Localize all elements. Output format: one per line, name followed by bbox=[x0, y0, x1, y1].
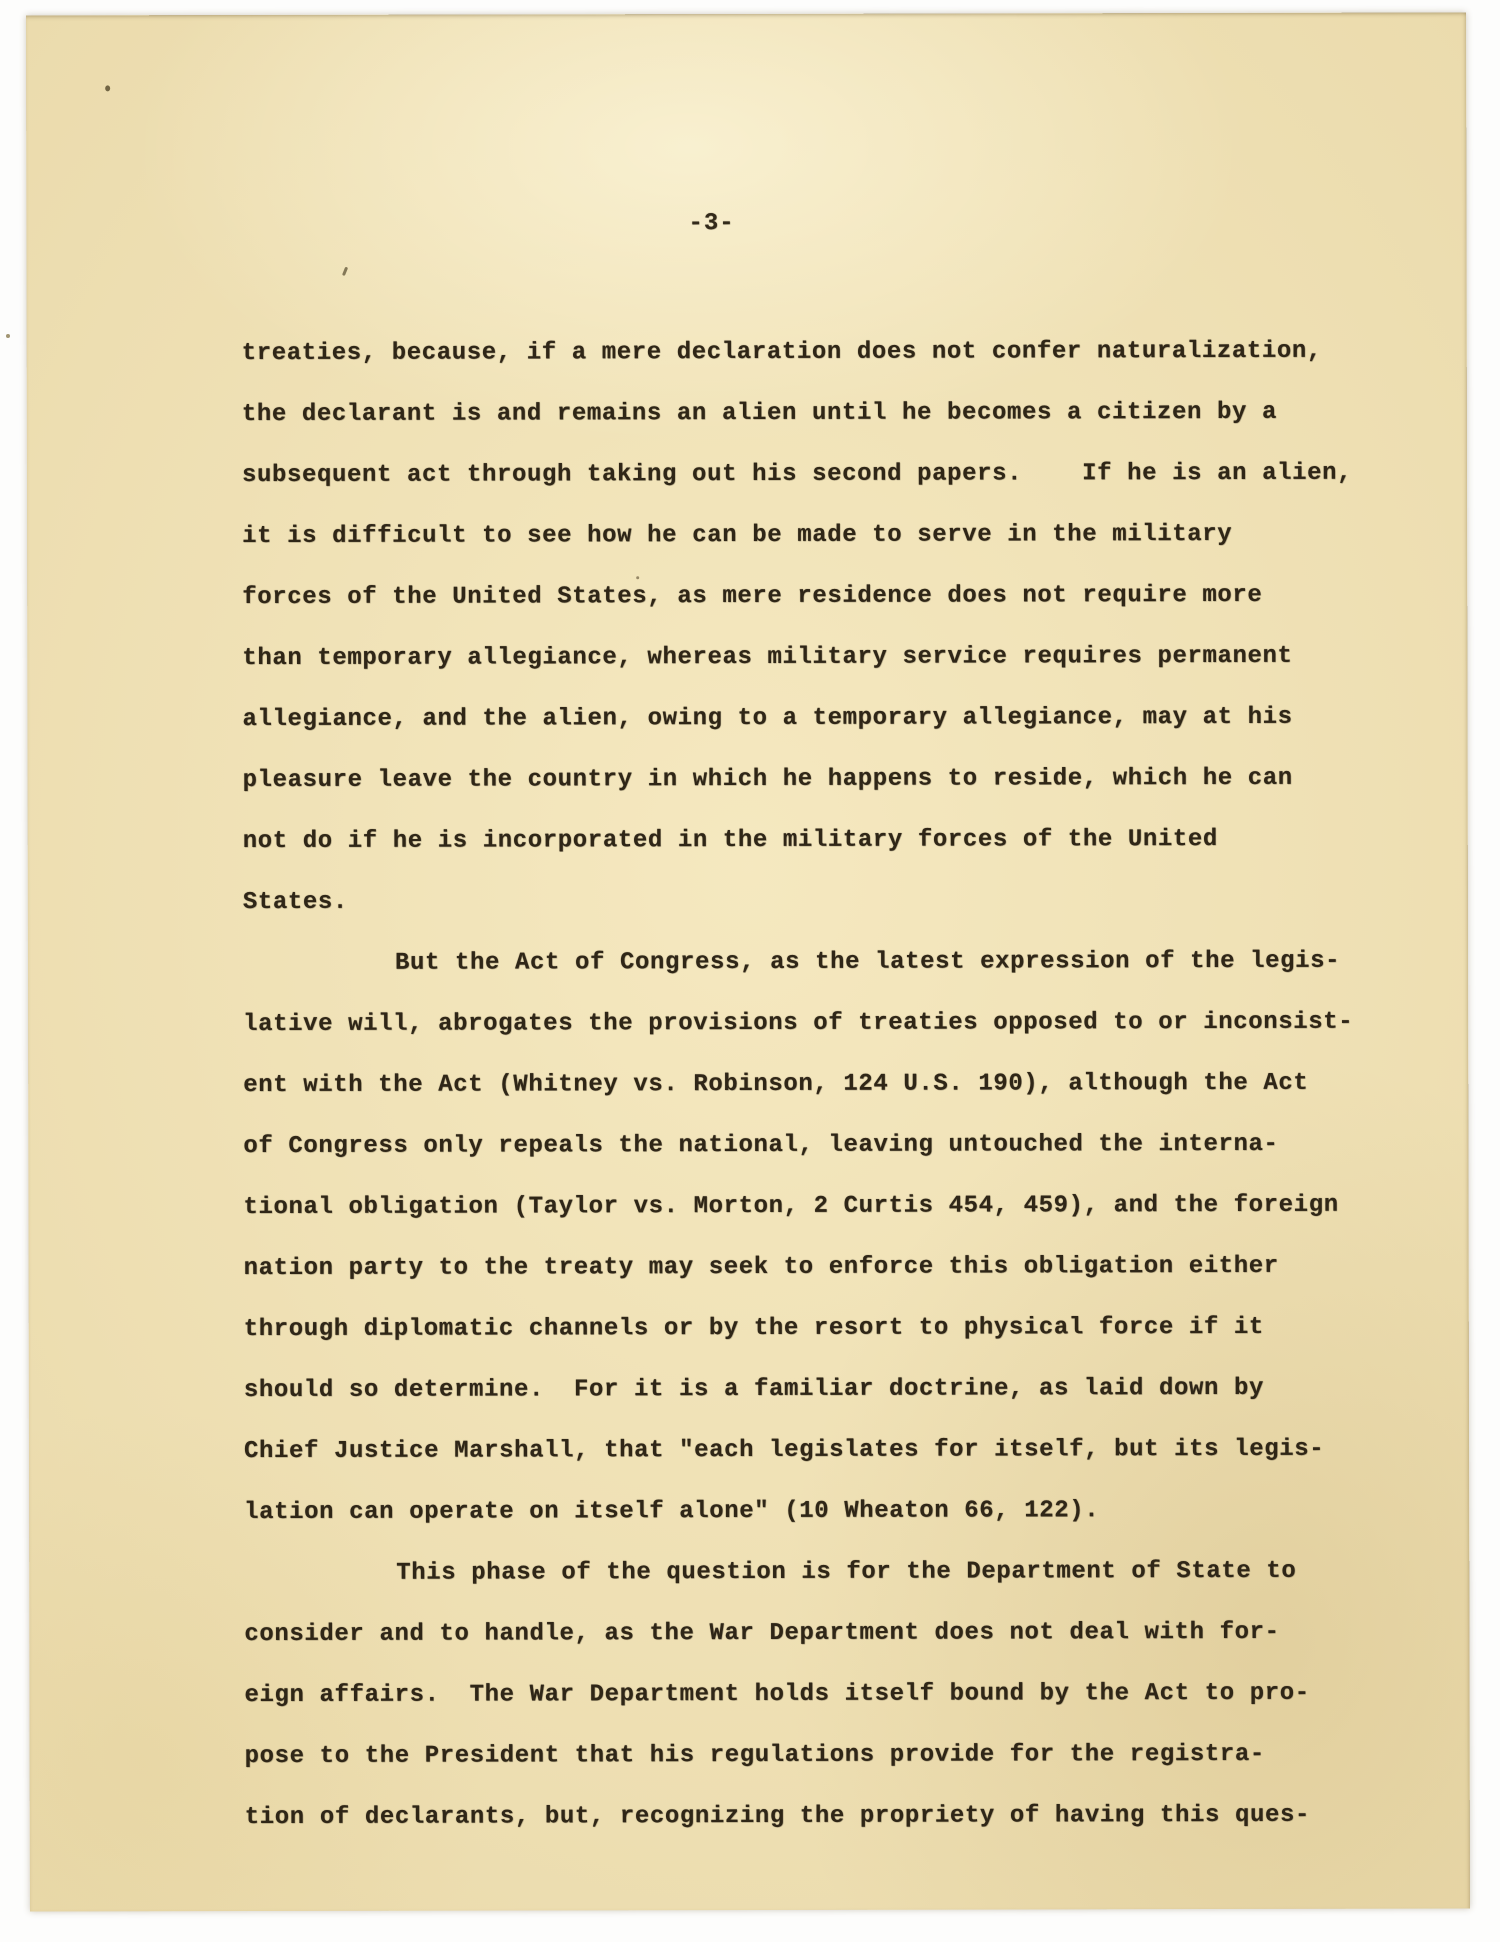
paragraph: This phase of the question is for the De… bbox=[244, 1541, 1355, 1848]
text-line: States. bbox=[243, 870, 1353, 933]
ink-speck-icon bbox=[105, 85, 110, 91]
text-line: subsequent act through taking out his se… bbox=[242, 443, 1352, 506]
text-line: tional obligation (Taylor vs. Morton, 2 … bbox=[243, 1175, 1353, 1238]
ink-dot-icon bbox=[636, 576, 639, 579]
text-line: lative will, abrogates the provisions of… bbox=[243, 992, 1353, 1055]
scan-background: -3- treaties, because, if a mere declara… bbox=[0, 0, 1500, 1942]
text-line: pose to the President that his regulatio… bbox=[245, 1724, 1355, 1787]
paragraph: treaties, because, if a mere declaration… bbox=[242, 321, 1353, 933]
text-line: nation party to the treaty may seek to e… bbox=[244, 1236, 1354, 1299]
text-line: allegiance, and the alien, owing to a te… bbox=[242, 687, 1352, 750]
text-line: consider and to handle, as the War Depar… bbox=[244, 1602, 1354, 1665]
text-line: tion of declarants, but, recognizing the… bbox=[245, 1785, 1355, 1848]
text-line: eign affairs. The War Department holds i… bbox=[244, 1663, 1354, 1726]
text-line: not do if he is incorporated in the mili… bbox=[243, 809, 1353, 872]
document-body: treaties, because, if a mere declaration… bbox=[242, 321, 1355, 1848]
text-line: lation can operate on itself alone" (10 … bbox=[244, 1480, 1354, 1543]
text-line: But the Act of Congress, as the latest e… bbox=[243, 931, 1353, 994]
text-line: This phase of the question is for the De… bbox=[244, 1541, 1354, 1604]
page-number: -3- bbox=[688, 210, 734, 237]
dust-speck-icon bbox=[6, 334, 10, 338]
document-page: -3- treaties, because, if a mere declara… bbox=[26, 12, 1470, 1911]
text-line: ent with the Act (Whitney vs. Robinson, … bbox=[243, 1053, 1353, 1116]
text-line: through diplomatic channels or by the re… bbox=[244, 1297, 1354, 1360]
text-line: than temporary allegiance, whereas milit… bbox=[242, 626, 1352, 689]
text-line: it is difficult to see how he can be mad… bbox=[242, 504, 1352, 567]
text-line: the declarant is and remains an alien un… bbox=[242, 382, 1352, 445]
text-line: pleasure leave the country in which he h… bbox=[243, 748, 1353, 811]
text-line: forces of the United States, as mere res… bbox=[242, 565, 1352, 628]
paragraph: But the Act of Congress, as the latest e… bbox=[243, 931, 1354, 1543]
text-line: Chief Justice Marshall, that "each legis… bbox=[244, 1419, 1354, 1482]
text-line: of Congress only repeals the national, l… bbox=[243, 1114, 1353, 1177]
text-line: should so determine. For it is a familia… bbox=[244, 1358, 1354, 1421]
ink-mark-icon bbox=[342, 267, 348, 276]
text-line: treaties, because, if a mere declaration… bbox=[242, 321, 1352, 384]
